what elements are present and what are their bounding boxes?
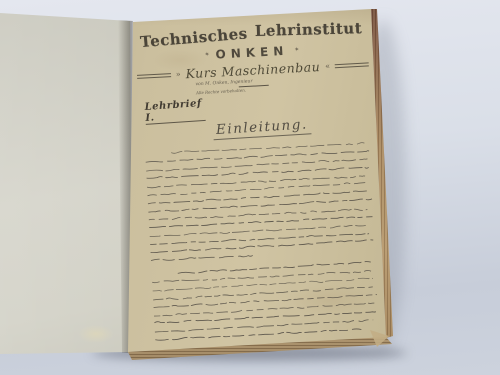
- handwriting-svg: [142, 135, 383, 351]
- handwritten-line: [153, 278, 373, 292]
- institute-title-word-2: Lehrinstitut: [254, 19, 362, 40]
- star-ornament-icon: ✶: [294, 46, 299, 53]
- section-heading: Einleitung.: [213, 116, 312, 140]
- handwritten-line: [147, 166, 369, 179]
- lehrbrief-label: Lehrbrief I.: [144, 98, 205, 125]
- photo-background: Technisches Lehrinstitut ✶ ONKEN ✶ » Kur…: [0, 0, 500, 375]
- rule-ornament-left: [137, 73, 171, 79]
- rule-ornament-right: [335, 62, 369, 68]
- guillemet-close: «: [325, 61, 330, 70]
- handwritten-line: [151, 254, 253, 261]
- handwritten-line: [154, 294, 377, 309]
- printed-page-content: Technisches Lehrinstitut ✶ ONKEN ✶ » Kur…: [134, 7, 384, 351]
- star-ornament-icon: ✶: [204, 50, 209, 57]
- handwritten-line: [155, 329, 361, 341]
- institute-name: ONKEN: [215, 44, 288, 62]
- handwritten-line: [153, 286, 373, 301]
- guillemet-open: »: [175, 70, 180, 79]
- handwritten-line: [151, 239, 374, 253]
- handwritten-line: [171, 142, 364, 153]
- handwritten-line: [148, 190, 367, 205]
- handwritten-line: [147, 175, 365, 188]
- handwritten-line: [150, 233, 369, 246]
- handwritten-line: [147, 182, 368, 197]
- handwritten-line: [154, 302, 376, 317]
